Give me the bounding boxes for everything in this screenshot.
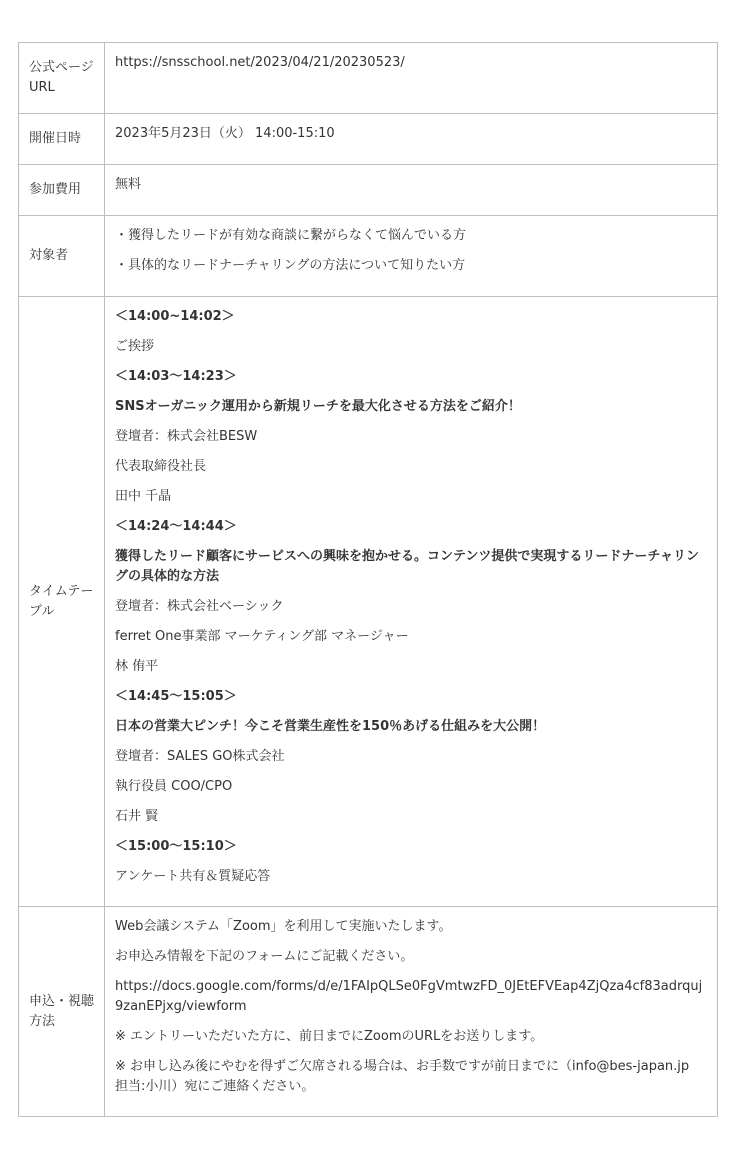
session-line: 田中 千晶	[115, 487, 707, 507]
target-item: ・具体的なリードナーチャリングの方法について知りたい方	[115, 256, 707, 276]
value-target-audience-cell: ・獲得したリードが有効な商談に繋がらなくて悩んでいる方 ・具体的なリードナーチャ…	[105, 216, 718, 297]
row-target-audience: 対象者 ・獲得したリードが有効な商談に繋がらなくて悩んでいる方 ・具体的なリード…	[19, 216, 718, 297]
apply-line: Web会議システム「Zoom」を利用して実施いたします。	[115, 917, 707, 937]
target-item: ・獲得したリードが有効な商談に繋がらなくて悩んでいる方	[115, 226, 707, 246]
row-timetable: タイムテーブル ＜14:00~14:02＞ ご挨拶 ＜14:03〜14:23＞ …	[19, 297, 718, 907]
session-line: 執行役員 COO/CPO	[115, 777, 707, 797]
session-line: 登壇者：株式会社ベーシック	[115, 597, 707, 617]
value-date-cell: 2023年5月23日（火） 14:00-15:10	[105, 114, 718, 165]
apply-line: お申込み情報を下記のフォームにご記載ください。	[115, 947, 707, 967]
session-line: ご挨拶	[115, 337, 707, 357]
session-line: 代表取締役社長	[115, 457, 707, 477]
session-time: ＜14:24〜14:44＞	[115, 517, 707, 537]
session-line: ferret One事業部 マーケティング部 マネージャー	[115, 627, 707, 647]
session-title: SNSオーガニック運用から新規リーチを最大化させる方法をご紹介！	[115, 397, 707, 417]
session-time: ＜14:00~14:02＞	[115, 307, 707, 327]
label-fee: 参加費用	[19, 165, 105, 216]
session-title: 日本の営業大ピンチ！今こそ営業生産性を150％あげる仕組みを大公開！	[115, 717, 707, 737]
value-fee-cell: 無料	[105, 165, 718, 216]
application-form-link[interactable]: https://docs.google.com/forms/d/e/1FAIpQ…	[115, 977, 707, 1017]
session-title: 獲得したリード顧客にサービスへの興味を抱かせる。コンテンツ提供で実現するリードナ…	[115, 547, 707, 587]
label-official-url: 公式ページURL	[19, 43, 105, 114]
official-url-link[interactable]: https://snsschool.net/2023/04/21/2023052…	[115, 53, 707, 73]
value-application-cell: Web会議システム「Zoom」を利用して実施いたします。 お申込み情報を下記のフ…	[105, 907, 718, 1117]
value-official-url-cell: https://snsschool.net/2023/04/21/2023052…	[105, 43, 718, 114]
event-info-table: 公式ページURL https://snsschool.net/2023/04/2…	[18, 42, 718, 1117]
row-official-url: 公式ページURL https://snsschool.net/2023/04/2…	[19, 43, 718, 114]
label-target-audience: 対象者	[19, 216, 105, 297]
apply-note: ※ お申し込み後にやむを得ずご欠席される場合は、お手数ですが前日までに（info…	[115, 1057, 707, 1097]
row-application: 申込・視聴方法 Web会議システム「Zoom」を利用して実施いたします。 お申込…	[19, 907, 718, 1117]
session-line: アンケート共有＆質疑応答	[115, 867, 707, 887]
value-timetable-cell: ＜14:00~14:02＞ ご挨拶 ＜14:03〜14:23＞ SNSオーガニッ…	[105, 297, 718, 907]
apply-note: ※ エントリーいただいた方に、前日までにZoomのURLをお送りします。	[115, 1027, 707, 1047]
event-info-container: 公式ページURL https://snsschool.net/2023/04/2…	[18, 42, 718, 1117]
label-application: 申込・視聴方法	[19, 907, 105, 1117]
session-line: 登壇者：SALES GO株式会社	[115, 747, 707, 767]
label-date: 開催日時	[19, 114, 105, 165]
session-time: ＜15:00〜15:10＞	[115, 837, 707, 857]
session-line: 登壇者：株式会社BESW	[115, 427, 707, 447]
session-time: ＜14:03〜14:23＞	[115, 367, 707, 387]
event-fee: 無料	[115, 175, 707, 195]
label-timetable: タイムテーブル	[19, 297, 105, 907]
event-date: 2023年5月23日（火） 14:00-15:10	[115, 124, 707, 144]
session-line: 林 侑平	[115, 657, 707, 677]
session-line: 石井 賢	[115, 807, 707, 827]
session-time: ＜14:45〜15:05＞	[115, 687, 707, 707]
row-date: 開催日時 2023年5月23日（火） 14:00-15:10	[19, 114, 718, 165]
row-fee: 参加費用 無料	[19, 165, 718, 216]
